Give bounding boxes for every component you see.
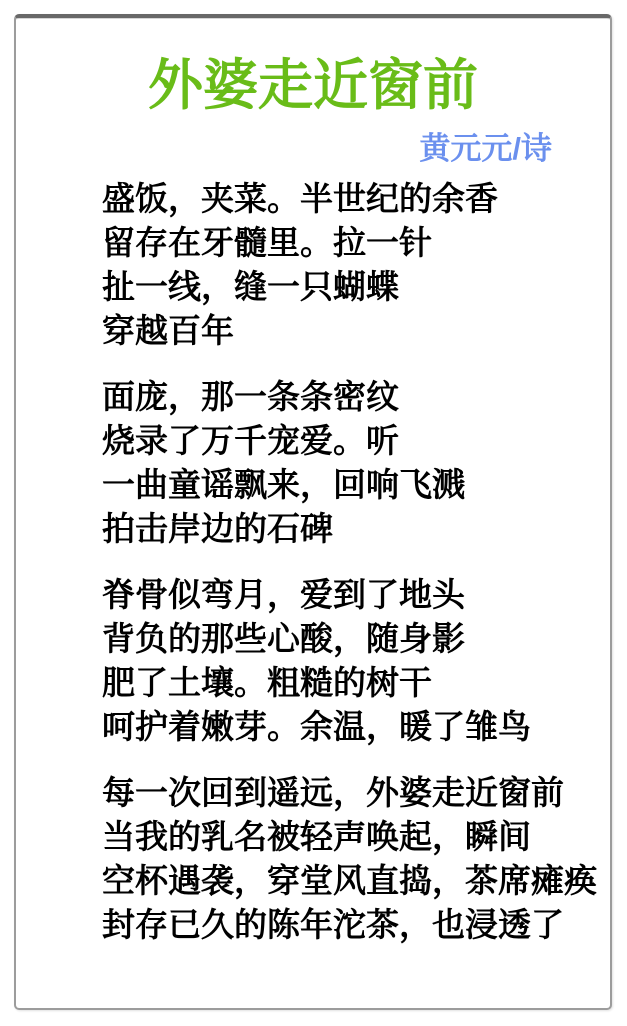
- poem-line: 扯一线，缝一只蝴蝶: [102, 265, 610, 309]
- poem-line: 脊骨似弯月，爱到了地头: [102, 573, 610, 617]
- stanza-2: 面庞，那一条条密纹 烧录了万千宠爱。听 一曲童谣飘来，回响飞溅 拍击岸边的石碑: [102, 375, 610, 551]
- poem-line: 当我的乳名被轻声唤起，瞬间: [102, 815, 610, 859]
- poem-line: 空杯遇袭，穿堂风直捣，茶席瘫痪: [102, 859, 610, 903]
- stanza-1: 盛饭，夹菜。半世纪的余香 留存在牙髓里。拉一针 扯一线，缝一只蝴蝶 穿越百年: [102, 177, 610, 353]
- poem-line: 穿越百年: [102, 309, 610, 353]
- poem-line: 背负的那些心酸，随身影: [102, 617, 610, 661]
- poem-author: 黄元元/诗: [16, 130, 610, 169]
- poem-line: 烧录了万千宠爱。听: [102, 419, 610, 463]
- poem-line: 肥了土壤。粗糙的树干: [102, 661, 610, 705]
- poem-line: 每一次回到遥远，外婆走近窗前: [102, 771, 610, 815]
- poem-line: 一曲童谣飘来，回响飞溅: [102, 463, 610, 507]
- poem-line: 封存已久的陈年沱茶，也浸透了: [102, 903, 610, 947]
- stanza-4: 每一次回到遥远，外婆走近窗前 当我的乳名被轻声唤起，瞬间 空杯遇袭，穿堂风直捣，…: [102, 771, 610, 947]
- poem-line: 面庞，那一条条密纹: [102, 375, 610, 419]
- poem-line: 留存在牙髓里。拉一针: [102, 221, 610, 265]
- poem-line: 呵护着嫩芽。余温，暖了雏鸟: [102, 705, 610, 749]
- poem-line: 盛饭，夹菜。半世纪的余香: [102, 177, 610, 221]
- poem-frame: 外婆走近窗前 黄元元/诗 盛饭，夹菜。半世纪的余香 留存在牙髓里。拉一针 扯一线…: [14, 14, 612, 1010]
- poem-body: 盛饭，夹菜。半世纪的余香 留存在牙髓里。拉一针 扯一线，缝一只蝴蝶 穿越百年 面…: [16, 177, 610, 947]
- poem-title: 外婆走近窗前: [16, 52, 610, 118]
- poem-line: 拍击岸边的石碑: [102, 507, 610, 551]
- stanza-3: 脊骨似弯月，爱到了地头 背负的那些心酸，随身影 肥了土壤。粗糙的树干 呵护着嫩芽…: [102, 573, 610, 749]
- poem-canvas: 外婆走近窗前 黄元元/诗 盛饭，夹菜。半世纪的余香 留存在牙髓里。拉一针 扯一线…: [0, 0, 627, 1026]
